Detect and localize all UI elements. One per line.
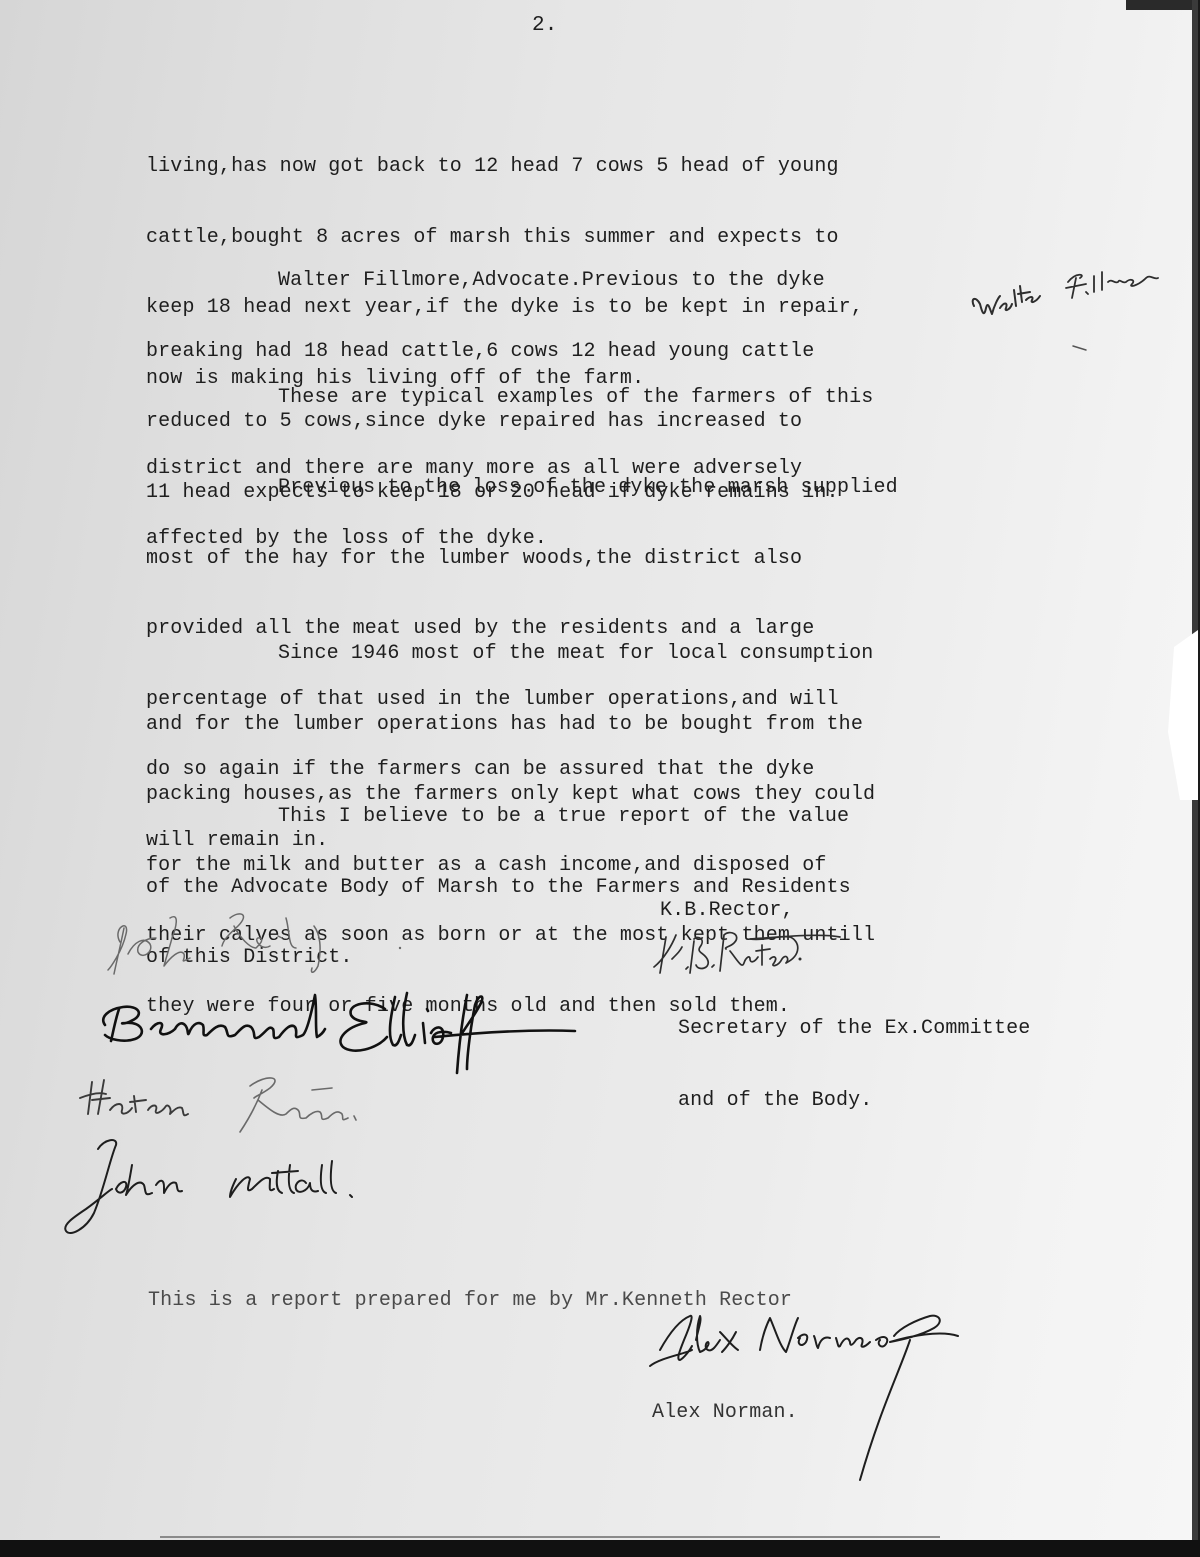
document-page: 2. living,has now got back to 12 head 7 …	[0, 0, 1198, 1540]
scan-corner-shadow	[1126, 0, 1198, 10]
paragraph-line: and for the lumber operations has had to…	[146, 713, 875, 737]
footnote-text: This is a report prepared for me by Mr.K…	[148, 1289, 792, 1313]
paragraph-line: of the Advocate Body of Marsh to the Far…	[146, 876, 851, 900]
scan-bottom-shadow	[0, 1540, 1200, 1557]
signature-alex-norman: Alex Norman	[640, 1310, 1080, 1490]
signatory-typed-name: K.B.Rector,	[660, 899, 794, 923]
page-edge-line	[160, 1536, 940, 1538]
signature-walter-fillmore: Walter Fillmore	[968, 268, 1188, 338]
paper-tear-notch	[1168, 630, 1198, 800]
paragraph-line: Walter Fillmore,Advocate.Previous to the…	[146, 269, 839, 293]
signatory-title: Secretary of the Ex.Committee and of the…	[678, 969, 1030, 1161]
signature-illegible-first: H. G. Reid	[100, 908, 520, 978]
paragraph-line: most of the hay for the lumber woods,the…	[146, 547, 898, 571]
paragraph-line: Since 1946 most of the meat for local co…	[146, 642, 875, 666]
paragraph-line: This I believe to be a true report of th…	[146, 805, 851, 829]
paragraph-line: living,has now got back to 12 head 7 cow…	[146, 155, 863, 179]
signature-john-nuttall: John Nuttall.	[60, 1135, 460, 1245]
signatory-title-line: and of the Body.	[678, 1089, 1030, 1113]
paragraph-line: Previous to the loss of the dyke the mar…	[146, 476, 898, 500]
paragraph-line: These are typical examples of the farmer…	[146, 386, 873, 410]
signature-kb-rector: K.B. Rector.	[650, 925, 880, 985]
signatory-title-line: Secretary of the Ex.Committee	[678, 1017, 1030, 1041]
page-number: 2.	[532, 14, 558, 38]
